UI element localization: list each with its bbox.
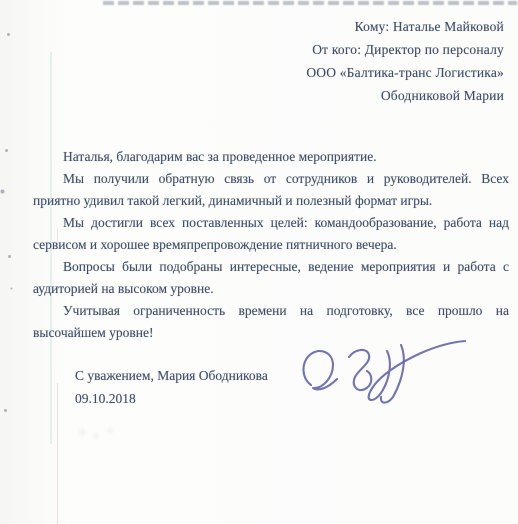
closing-block: С уважением, Мария Ободникова 09.10.2018 — [75, 364, 268, 410]
scanned-letter-page: Кому: Наталье Майковой От кого: Директор… — [0, 0, 518, 524]
sender-name-line: Ободниковой Марии — [164, 84, 504, 107]
body-line: Учитывая ограниченность времени на подго… — [33, 300, 509, 322]
scan-artifact-ghost-marks — [74, 424, 120, 448]
body-line: аудиторией на высоком уровне. — [33, 278, 509, 300]
recipient-to-line: Кому: Наталье Майковой — [164, 15, 504, 38]
body-line: Вопросы были подобраны интересные, веден… — [33, 256, 509, 278]
scan-artifact-specks — [7, 33, 10, 36]
body-line: Мы достигли всех поставленных целей: ком… — [33, 212, 509, 234]
scan-artifact-microtext-line — [103, 1, 517, 5]
body-line: приятно удивил такой легкий, динамичный … — [33, 190, 509, 212]
letter-body: Наталья, благодарим вас за проведенное м… — [33, 146, 509, 344]
closing-date: 09.10.2018 — [75, 387, 268, 410]
recipient-block: Кому: Наталье Майковой От кого: Директор… — [164, 15, 504, 107]
handwritten-signature — [297, 333, 469, 405]
body-line: Мы получили обратную связь от сотруднико… — [33, 168, 509, 190]
sender-role-line: От кого: Директор по персоналу — [164, 38, 504, 61]
closing-regards: С уважением, Мария Ободникова — [75, 364, 268, 387]
scan-artifact-pink-line — [57, 383, 58, 524]
body-line: сервисом и хорошее времяпрепровождение п… — [33, 234, 509, 256]
sender-company-line: ООО «Балтика-транс Логистика» — [164, 61, 504, 84]
body-line: Наталья, благодарим вас за проведенное м… — [33, 146, 509, 168]
